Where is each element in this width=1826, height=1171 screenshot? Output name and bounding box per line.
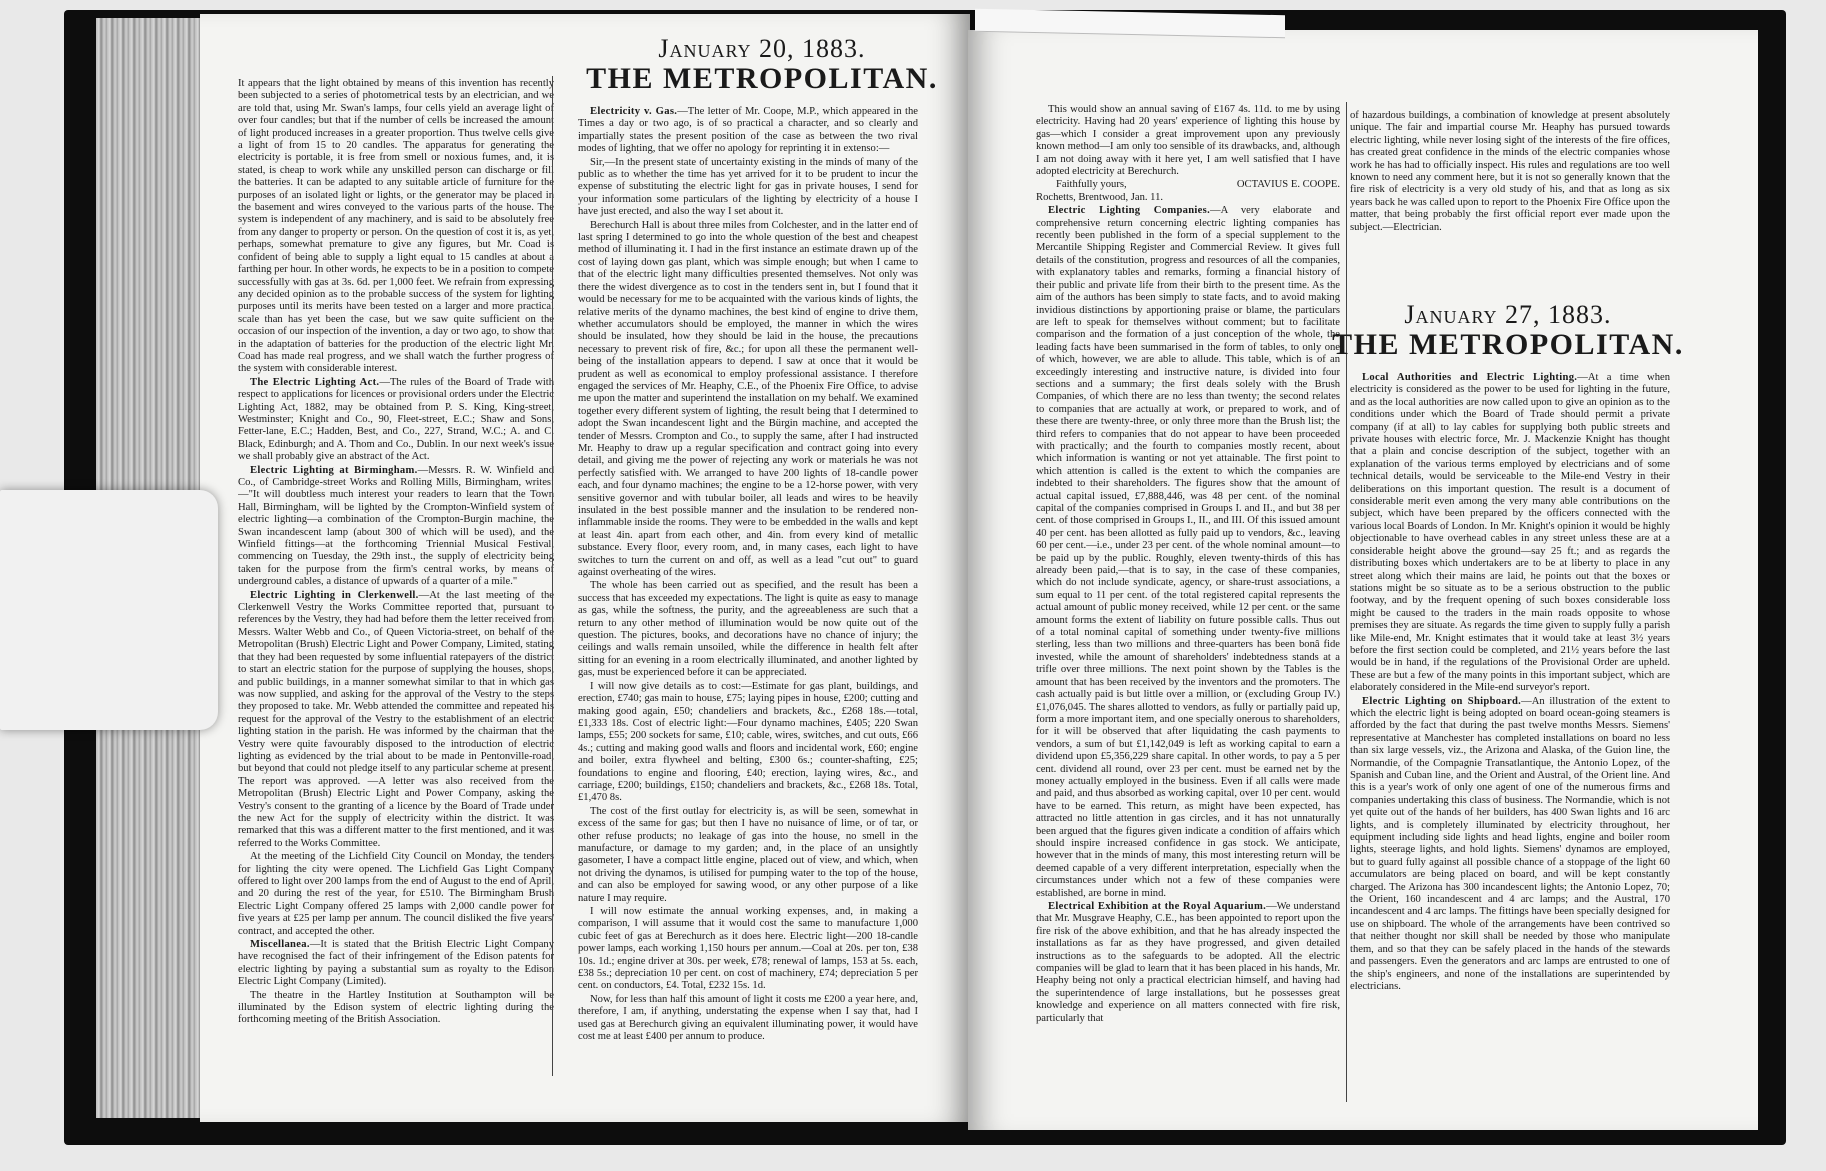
article: Electricity v. Gas.—The letter of Mr. Co…	[578, 106, 918, 156]
article: Electric Lighting at Birmingham.—Messrs.…	[238, 465, 554, 589]
article: Electric Lighting on Shipboard.—An illus…	[1350, 696, 1670, 994]
letter-signature-line: Faithfully yours, OCTAVIUS E. COOPE.	[1036, 179, 1340, 191]
article: Miscellanea.—It is stated that the Briti…	[238, 939, 554, 989]
letter-paragraph: I will now estimate the annual working e…	[578, 906, 918, 993]
letter-paragraph: Sir,—In the present state of uncertainty…	[578, 157, 918, 219]
article-body: —The rules of the Board of Trade with re…	[238, 377, 554, 462]
letter-paragraph: Berechurch Hall is about three miles fro…	[578, 220, 918, 580]
article-body: —An illustration of the extent to which …	[1350, 696, 1670, 992]
letter-paragraph: I will now give details as to cost:—Esti…	[578, 681, 918, 805]
article: Electrical Exhibition at the Royal Aquar…	[1036, 901, 1340, 1025]
left-page-column-1: It appears that the light obtained by me…	[238, 78, 554, 1078]
masthead: THE METROPOLITAN.	[562, 62, 962, 96]
article-heading: Electric Lighting Companies.	[1048, 205, 1210, 216]
letter-paragraph: Now, for less than half this amount of l…	[578, 994, 918, 1044]
right-page-column-2: of hazardous buildings, a combination of…	[1350, 110, 1670, 260]
article: At the meeting of the Lichfield City Cou…	[238, 851, 554, 938]
right-page-column-2-articles: Local Authorities and Electric Lighting.…	[1350, 372, 1670, 1116]
right-page-column-1: This would show an annual saving of £167…	[1036, 104, 1340, 1104]
article: Electric Lighting in Clerkenwell.—At the…	[238, 590, 554, 851]
article-body: —At a time when electricity is considere…	[1350, 372, 1670, 693]
article-heading: Local Authorities and Electric Lighting.	[1362, 372, 1577, 383]
right-page: This would show an annual saving of £167…	[968, 30, 1758, 1130]
letter-signature: OCTAVIUS E. COOPE.	[1237, 179, 1340, 191]
letter-paragraph: The whole has been carried out as specif…	[578, 580, 918, 679]
letter-closing: Faithfully yours,	[1056, 179, 1127, 191]
article-heading: Electric Lighting at Birmingham.	[250, 465, 418, 476]
bookmark-tab	[0, 490, 218, 730]
intro-paragraph: It appears that the light obtained by me…	[238, 78, 554, 376]
issue-date: January 20, 1883.	[562, 34, 962, 64]
issue-date: January 27, 1883.	[1338, 300, 1678, 330]
article: Electric Lighting Companies.—A very elab…	[1036, 205, 1340, 900]
article-body: The theatre in the Hartley Institution a…	[238, 990, 554, 1026]
article: Local Authorities and Electric Lighting.…	[1350, 372, 1670, 695]
masthead: THE METROPOLITAN.	[1330, 328, 1686, 362]
left-page: It appears that the light obtained by me…	[200, 14, 970, 1122]
article-body: At the meeting of the Lichfield City Cou…	[238, 851, 554, 936]
letter-address: Rochetts, Brentwood, Jan. 11.	[1036, 192, 1340, 204]
column-divider	[1346, 102, 1347, 1102]
left-page-column-2: Electricity v. Gas.—The letter of Mr. Co…	[578, 106, 918, 1076]
letter-paragraph: The cost of the first outlay for electri…	[578, 806, 918, 905]
article-heading: Electric Lighting on Shipboard.	[1362, 696, 1521, 707]
article-body: —At the last meeting of the Clerkenwell …	[238, 590, 554, 849]
article-heading: Electrical Exhibition at the Royal Aquar…	[1048, 901, 1266, 912]
article-body: —Messrs. R. W. Winfield and Co., of Camb…	[238, 465, 554, 588]
article: The theatre in the Hartley Institution a…	[238, 990, 554, 1027]
article-continuation: of hazardous buildings, a combination of…	[1350, 110, 1670, 234]
article-heading: Electricity v. Gas.	[590, 106, 677, 117]
article-heading: Miscellanea.	[250, 939, 310, 950]
article-body: —We understand that Mr. Musgrave Heaphy,…	[1036, 901, 1340, 1024]
column-divider	[552, 76, 553, 1076]
article-heading: Electric Lighting in Clerkenwell.	[250, 590, 419, 601]
article-body: —A very elaborate and comprehensive retu…	[1036, 205, 1340, 898]
letter-end: This would show an annual saving of £167…	[1036, 104, 1340, 178]
article: The Electric Lighting Act.—The rules of …	[238, 377, 554, 464]
article-heading: The Electric Lighting Act.	[250, 377, 379, 388]
